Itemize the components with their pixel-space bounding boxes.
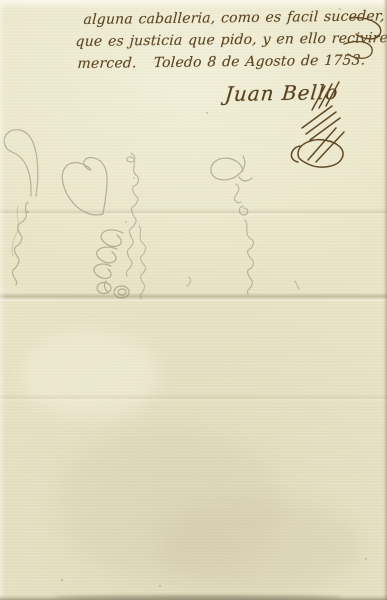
fold-crease-middle xyxy=(0,292,387,302)
bleedthrough-script-column-right xyxy=(235,184,254,294)
scan-edge-left xyxy=(0,0,5,600)
letter-line-2: que es justicia que pido, y en ello reci… xyxy=(75,30,387,50)
bleedthrough-heart-loop xyxy=(62,158,107,215)
paper-stain xyxy=(160,500,360,590)
bleedthrough-left-edge xyxy=(4,130,38,285)
rubric-hatch xyxy=(310,118,340,140)
letter-line-1: alguna caballeria, como es facil suceder… xyxy=(83,8,385,28)
bleedthrough-s-curve xyxy=(211,156,252,181)
fold-crease-lower xyxy=(0,394,387,402)
rubric-loop xyxy=(298,140,343,168)
scan-bottom-shadow xyxy=(55,595,342,600)
rubric-hatch xyxy=(302,106,332,128)
paper-light-patch xyxy=(20,330,160,420)
bleedthrough-small-marks xyxy=(187,277,299,289)
signature-juan-bello: Juan Bello xyxy=(224,80,340,106)
rubric-hatch xyxy=(306,112,336,134)
rubric-cross xyxy=(316,132,344,162)
manuscript-scan: alguna caballeria, como es facil suceder… xyxy=(0,0,387,600)
scan-edge-top xyxy=(0,0,387,9)
fold-crease-upper xyxy=(0,209,387,216)
bleedthrough-loop-cluster xyxy=(94,230,129,298)
bleedthrough-script-column-2 xyxy=(139,226,146,299)
rubric-curl xyxy=(291,146,300,162)
letter-line-3: merced. Toledo 8 de Agosto de 1753. xyxy=(77,52,366,72)
scan-edge-right xyxy=(383,0,387,600)
rubric-cross xyxy=(308,128,336,160)
